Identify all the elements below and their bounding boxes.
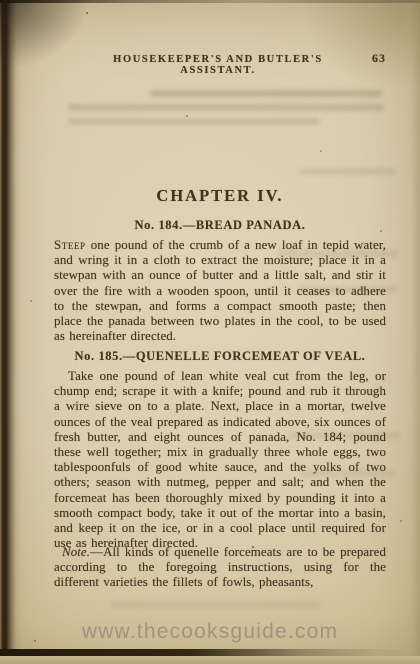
- running-title: HOUSEKEEPER'S AND BUTLER'S ASSISTANT.: [54, 54, 346, 76]
- bleed-through-text: [300, 168, 396, 175]
- note-label: Note.: [62, 545, 90, 559]
- corner-stain: [300, 0, 420, 90]
- running-head: HOUSEKEEPER'S AND BUTLER'S ASSISTANT. 63: [54, 51, 386, 76]
- recipe-184-heading: No. 184.—BREAD PANADA.: [54, 218, 386, 233]
- bleed-through-text: [68, 104, 384, 111]
- page-bottom-margin: [0, 656, 420, 664]
- book-page-scan: HOUSEKEEPER'S AND BUTLER'S ASSISTANT. 63…: [0, 0, 420, 664]
- spine-shadow: [0, 0, 22, 664]
- recipe-185-body: Take one pound of lean white veal cut fr…: [54, 369, 386, 551]
- page-right-edge: [410, 0, 420, 664]
- recipe-184-text: one pound of the crumb of a new loaf in …: [54, 238, 386, 343]
- recipe-185-heading: No. 185.—QUENELLE FORCEMEAT OF VEAL.: [54, 349, 386, 364]
- note-paragraph: Note.—All kinds of quenelle forcemeats a…: [54, 545, 386, 591]
- bleed-through-text: [110, 601, 320, 608]
- watermark-url: www.thecooksguide.com: [0, 620, 420, 644]
- bleed-through-text: [150, 90, 382, 97]
- page-number: 63: [346, 51, 386, 66]
- chapter-heading: CHAPTER IV.: [54, 186, 386, 206]
- lead-word: Steep: [54, 238, 86, 252]
- recipe-184-body: Steep one pound of the crumb of a new lo…: [54, 238, 386, 344]
- note-text: —All kinds of quenelle forcemeats are to…: [54, 545, 386, 589]
- bleed-through-text: [68, 118, 320, 125]
- foxing-specks: [86, 12, 88, 14]
